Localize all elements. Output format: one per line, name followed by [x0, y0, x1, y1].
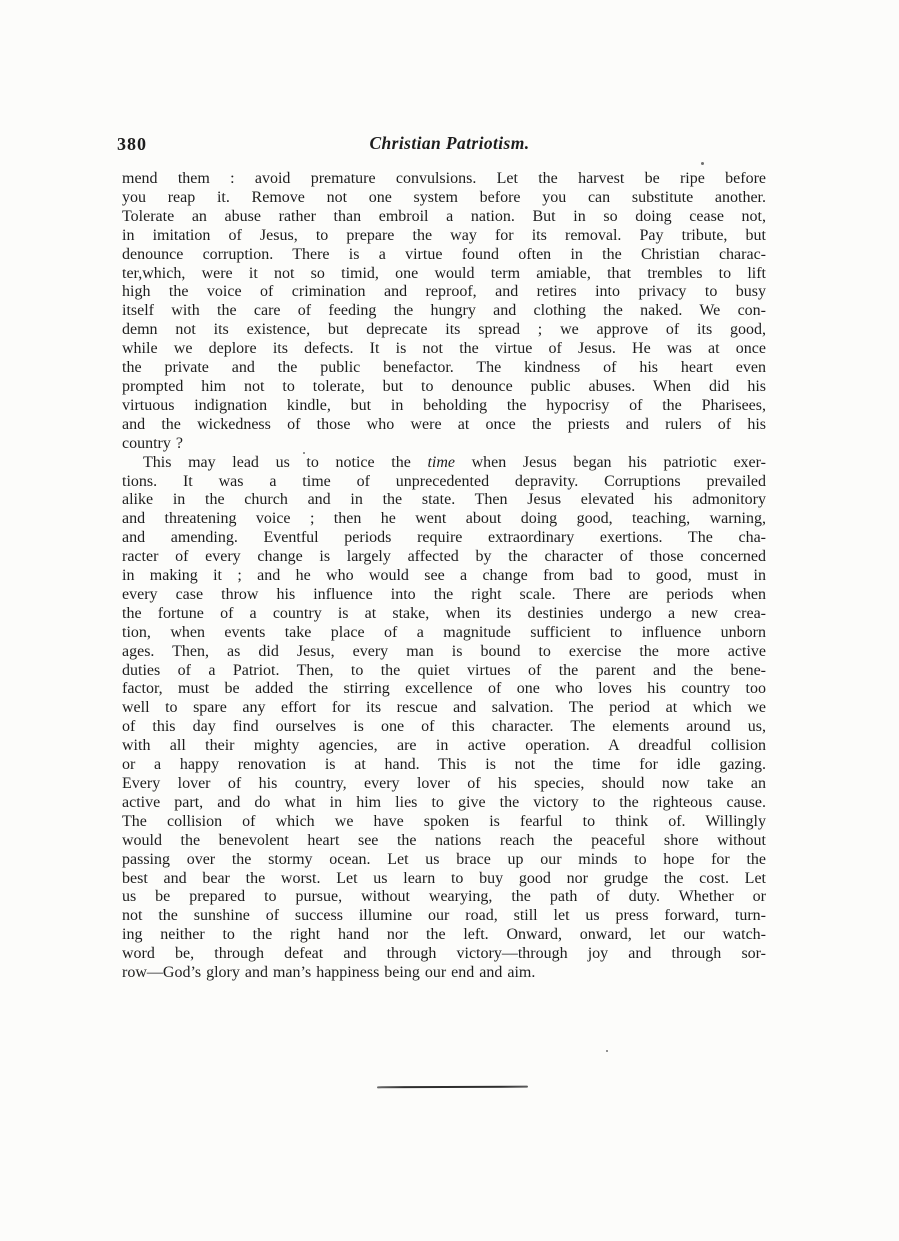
text-line: and the wickedness of those who were at …: [122, 416, 766, 435]
text-line: row—God’s glory and man’s happiness bein…: [122, 964, 766, 983]
text-line: us be prepared to pursue, without wearyi…: [122, 888, 766, 907]
text-line: ing neither to the right hand nor the le…: [122, 926, 766, 945]
text-line: you reap it. Remove not one system befor…: [122, 189, 766, 208]
paragraph: This may lead us to notice the time when…: [122, 454, 766, 983]
text-column: mend them : avoid premature convulsions.…: [122, 170, 766, 983]
scanned-book-page: 380 Christian Patriotism. mend them : av…: [0, 0, 899, 1241]
text-line: tions. It was a time of unprecedented de…: [122, 473, 766, 492]
text-line: ages. Then, as did Jesus, every man is b…: [122, 643, 766, 662]
text-line: itself with the care of feeding the hung…: [122, 302, 766, 321]
text-line: or a happy renovation is at hand. This i…: [122, 756, 766, 775]
text-line: passing over the stormy ocean. Let us br…: [122, 851, 766, 870]
text-line: not the sunshine of success illumine our…: [122, 907, 766, 926]
text-line: prompted him not to tolerate, but to den…: [122, 378, 766, 397]
text-line: in making it ; and he who would see a ch…: [122, 567, 766, 586]
text-line: high the voice of crimination and reproo…: [122, 283, 766, 302]
footer-divider-rule: [377, 1086, 528, 1089]
text-line: would the benevolent heart see the natio…: [122, 832, 766, 851]
running-header-title: Christian Patriotism.: [0, 133, 899, 154]
text-line: and threatening voice ; then he went abo…: [122, 510, 766, 529]
text-line: alike in the church and in the state. Th…: [122, 491, 766, 510]
text-line: and amending. Eventful periods require e…: [122, 529, 766, 548]
text-line: active part, and do what in him lies to …: [122, 794, 766, 813]
text-line: word be, through defeat and through vict…: [122, 945, 766, 964]
text-line: virtuous indignation kindle, but in beho…: [122, 397, 766, 416]
text-line: the fortune of a country is at stake, wh…: [122, 605, 766, 624]
scan-speck: [606, 1050, 608, 1052]
text-line: This may lead us to notice the time when…: [122, 454, 766, 473]
paragraph: mend them : avoid premature convulsions.…: [122, 170, 766, 454]
text-line: every case throw his influence into the …: [122, 586, 766, 605]
scan-speck: [701, 162, 704, 165]
text-line: in imitation of Jesus, to prepare the wa…: [122, 227, 766, 246]
text-line: with all their mighty agencies, are in a…: [122, 737, 766, 756]
text-line: The collision of which we have spoken is…: [122, 813, 766, 832]
scan-speck: [303, 452, 305, 454]
text-line: country ?: [122, 435, 766, 454]
text-line: best and bear the worst. Let us learn to…: [122, 870, 766, 889]
text-line: the private and the public benefactor. T…: [122, 359, 766, 378]
text-line: mend them : avoid premature convulsions.…: [122, 170, 766, 189]
text-line: racter of every change is largely affect…: [122, 548, 766, 567]
text-line: demn not its existence, but deprecate it…: [122, 321, 766, 340]
text-line: of this day find ourselves is one of thi…: [122, 718, 766, 737]
text-line: tion, when events take place of a magnit…: [122, 624, 766, 643]
text-line: denounce corruption. There is a virtue f…: [122, 246, 766, 265]
text-line: ter,which, were it not so timid, one wou…: [122, 265, 766, 284]
text-line: factor, must be added the stirring excel…: [122, 680, 766, 699]
text-line: Every lover of his country, every lover …: [122, 775, 766, 794]
text-line: well to spare any effort for its rescue …: [122, 699, 766, 718]
text-line: Tolerate an abuse rather than embroil a …: [122, 208, 766, 227]
text-line: duties of a Patriot. Then, to the quiet …: [122, 662, 766, 681]
text-line: while we deplore its defects. It is not …: [122, 340, 766, 359]
